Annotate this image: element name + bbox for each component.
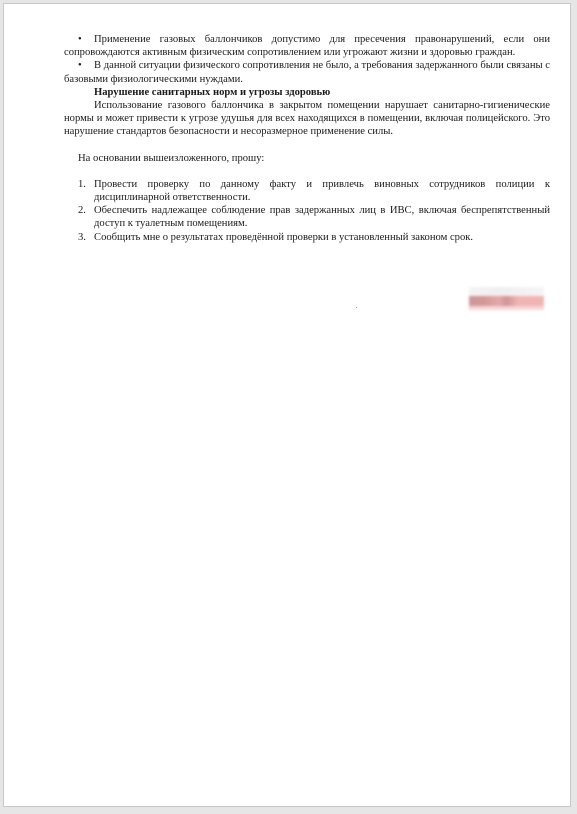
request-number: 2. (78, 204, 86, 217)
request-item: 3. Сообщить мне о результатах проведённо… (64, 231, 550, 244)
bullet-icon: • (78, 33, 82, 46)
bullet-text: Применение газовых баллончиков допустимо… (64, 34, 550, 58)
section-heading: Нарушение санитарных норм и угрозы здоро… (64, 86, 550, 99)
section-paragraph: Использование газового баллончика в закр… (64, 99, 550, 139)
request-item: 2. Обеспечить надлежащее соблюдение прав… (64, 204, 550, 230)
bullet-item: • В данной ситуации физического сопротив… (64, 59, 550, 85)
request-text: Обеспечить надлежащее соблюдение прав за… (94, 205, 550, 229)
request-number: 3. (78, 231, 86, 244)
redaction-band (469, 306, 544, 310)
request-number: 1. (78, 178, 86, 191)
bullet-icon: • (78, 59, 82, 72)
request-text: Провести проверку по данному факту и при… (94, 179, 550, 203)
request-text: Сообщить мне о результатах проведённой п… (94, 232, 473, 243)
request-intro: На основании вышеизложенного, прошу: (78, 152, 550, 165)
request-item: 1. Провести проверку по данному факту и … (64, 178, 550, 204)
document-page: • Применение газовых баллончиков допусти… (3, 3, 571, 807)
bullet-item: • Применение газовых баллончиков допусти… (64, 33, 550, 59)
stray-mark (356, 307, 357, 308)
requests-list: 1. Провести проверку по данному факту и … (64, 178, 550, 244)
redaction-band (469, 296, 544, 306)
redaction-band (469, 287, 544, 296)
bullet-text: В данной ситуации физического сопротивле… (64, 60, 550, 84)
document-body: • Применение газовых баллончиков допусти… (64, 33, 550, 244)
redacted-signature (469, 287, 544, 311)
